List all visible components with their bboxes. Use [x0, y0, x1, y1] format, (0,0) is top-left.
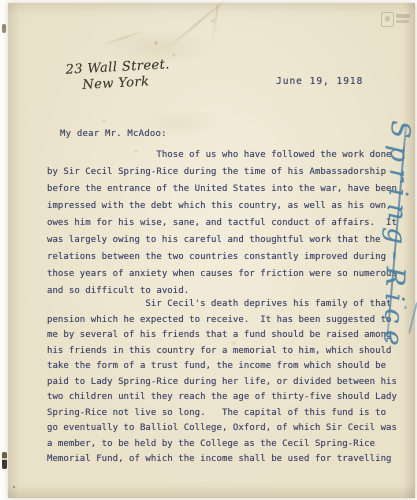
letter-line: relations between the two countries cons…	[47, 249, 397, 266]
paper-crease	[101, 30, 145, 46]
paper-speck	[13, 486, 15, 488]
letter-line: Sir Cecil's death deprives his family of…	[47, 297, 397, 313]
watermark-seal-icon	[381, 12, 394, 27]
letterhead: 23 Wall Street. New York	[65, 57, 171, 93]
letter-line: two children until they reach the age of…	[47, 390, 397, 406]
letter-line: his friends in this country for a memori…	[47, 344, 397, 360]
letter-line: Memorial Fund, of which the income shall…	[47, 452, 397, 468]
watermark-row	[396, 20, 409, 23]
paper-speck	[2, 24, 6, 33]
letter-date: June 19, 1918	[276, 76, 363, 87]
blue-pencil-mark	[408, 302, 417, 334]
letter-paper: 23 Wall Street. New York June 19, 1918 M…	[8, 3, 415, 498]
paper-crease	[165, 0, 232, 50]
letter-line: impressed with the debt which this count…	[47, 198, 397, 215]
paragraph-1: Those of us who have followed the work d…	[47, 147, 397, 317]
salutation: My dear Mr. McAdoo:	[60, 129, 167, 139]
letter-photograph: 23 Wall Street. New York June 19, 1918 M…	[0, 0, 417, 500]
binder-mark	[2, 452, 7, 469]
letter-line: paid to Lady Spring-Rice during her life…	[47, 375, 397, 391]
paragraph-2: Sir Cecil's death deprives his family of…	[47, 297, 397, 468]
watermark-row	[396, 14, 410, 18]
letter-line: take the form of a trust fund, the incom…	[47, 359, 397, 375]
letter-line: those years of anxiety when causes for f…	[47, 266, 397, 283]
watermark-characters	[396, 12, 410, 23]
letter-line: go eventually to Balliol College, Oxford…	[47, 421, 397, 437]
letter-line: by Sir Cecil Spring-Rice during the time…	[47, 164, 397, 181]
blue-pencil-dot	[404, 306, 407, 309]
letterhead-city: New York	[82, 73, 171, 93]
letter-line: pension which he expected to receive. It…	[47, 313, 397, 329]
letter-line: was largely owing to his careful and tho…	[47, 232, 397, 249]
letter-line: Spring-Rice not live so long. The capita…	[47, 406, 397, 422]
letter-line: before the entrance of the United States…	[47, 181, 397, 198]
letter-line: Those of us who have followed the work d…	[47, 147, 397, 164]
auction-watermark-logo	[381, 12, 410, 27]
letter-line: owes him for his wise, sane, and tactful…	[47, 215, 397, 232]
letter-line: me by several of his friends that a fund…	[47, 328, 397, 344]
letter-line: a member, to be held by the College as t…	[47, 437, 397, 453]
